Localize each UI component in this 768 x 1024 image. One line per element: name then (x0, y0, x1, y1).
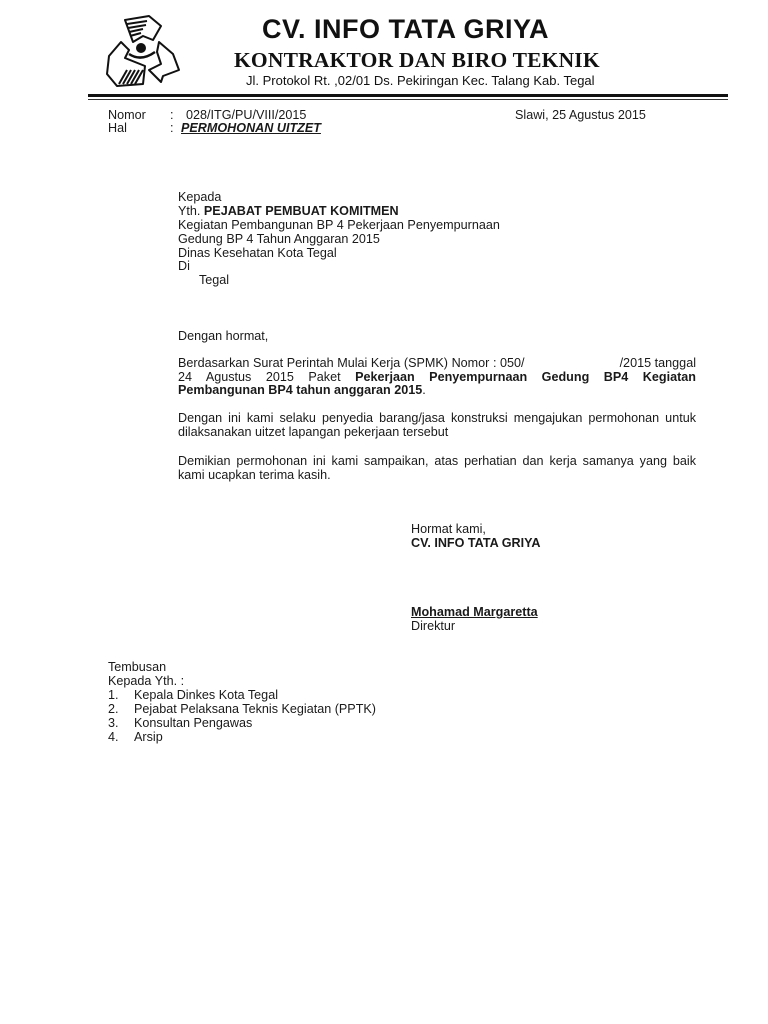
header-rule-thick (88, 94, 728, 97)
hal-value: PERMOHONAN UITZET (181, 122, 321, 136)
header-rule-thin (88, 99, 728, 100)
recipient-line3: Dinas Kesehatan Kota Tegal (178, 247, 337, 261)
recycle-logo-icon (103, 12, 183, 88)
recipient-line1: Kegiatan Pembangunan BP 4 Pekerjaan Peny… (178, 219, 500, 233)
closing: Hormat kami, (411, 523, 486, 537)
recipient-name: PEJABAT PEMBUAT KOMITMEN (204, 204, 399, 218)
paragraph-2: Dengan ini kami selaku penyedia barang/j… (178, 412, 696, 439)
hal-separator: : (170, 122, 174, 136)
recipient-yth-prefix: Yth. (178, 204, 200, 218)
signature-company: CV. INFO TATA GRIYA (411, 537, 540, 551)
tembusan-item: 2.Pejabat Pelaksana Teknis Kegiatan (PPT… (108, 703, 376, 717)
p1-end: . (422, 383, 426, 397)
signatory-name: Mohamad Margaretta (411, 606, 538, 620)
place-date: Slawi, 25 Agustus 2015 (515, 109, 646, 123)
recipient-kepada: Kepada (178, 191, 221, 205)
recipient-yth: Yth. PEJABAT PEMBUAT KOMITMEN (178, 205, 399, 219)
recipient-city: Tegal (199, 274, 229, 288)
company-address: Jl. Protokol Rt. ,02/01 Ds. Pekiringan K… (246, 73, 595, 88)
tembusan-subtitle: Kepada Yth. : (108, 675, 184, 689)
signatory-title: Direktur (411, 620, 455, 634)
paragraph-1: Berdasarkan Surat Perintah Mulai Kerja (… (178, 357, 696, 398)
company-name: CV. INFO TATA GRIYA (262, 14, 549, 45)
greeting: Dengan hormat, (178, 330, 268, 344)
tembusan-title: Tembusan (108, 661, 166, 675)
p1-part1: Berdasarkan Surat Perintah Mulai Kerja (… (178, 356, 525, 370)
tembusan-item: 4.Arsip (108, 731, 163, 745)
recipient-line2: Gedung BP 4 Tahun Anggaran 2015 (178, 233, 380, 247)
hal-label: Hal (108, 122, 127, 136)
tembusan-item: 1.Kepala Dinkes Kota Tegal (108, 689, 278, 703)
recipient-di: Di (178, 260, 190, 274)
tembusan-item: 3.Konsultan Pengawas (108, 717, 252, 731)
paragraph-3: Demikian permohonan ini kami sampaikan, … (178, 455, 696, 482)
company-subtitle: KONTRAKTOR DAN BIRO TEKNIK (234, 48, 600, 73)
